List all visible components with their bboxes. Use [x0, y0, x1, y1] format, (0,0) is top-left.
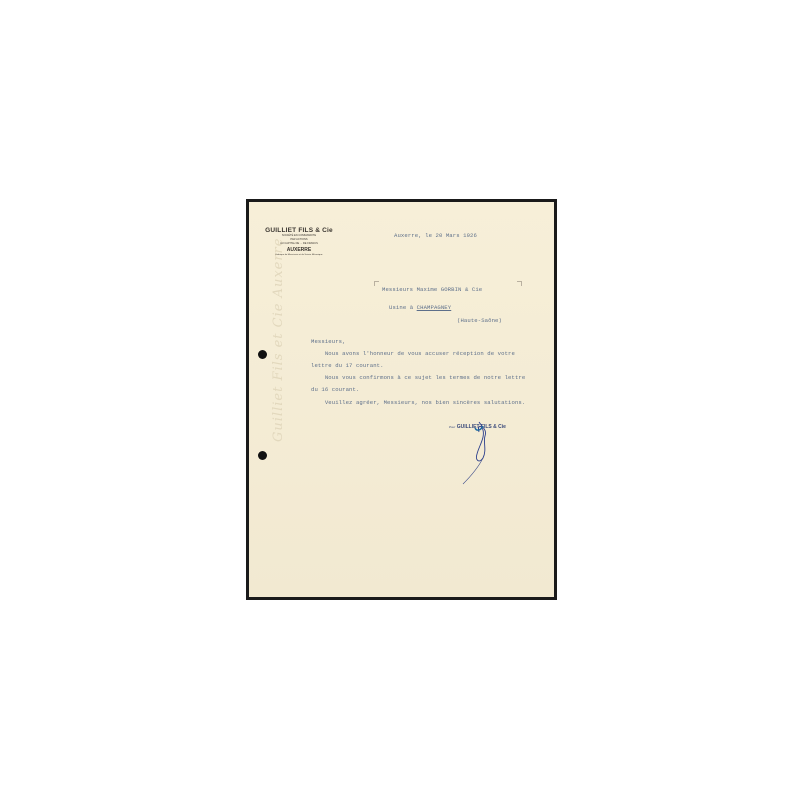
signature — [457, 420, 507, 490]
paragraph2-line1: Nous vous confirmons à ce sujet les term… — [311, 374, 525, 381]
closing-line: Veuillez agréer, Messieurs, nos bien sin… — [311, 399, 525, 406]
recipient-prefix: Usine à — [389, 304, 417, 311]
company-name: GUILLIET FILS & Cie — [259, 227, 339, 234]
letter-page: Guilliet Fils et Cie Auxerre GUILLIET FI… — [249, 202, 554, 597]
recipient-line3: (Haute-Saône) — [457, 317, 502, 324]
stamp-prefix: Pour — [449, 425, 455, 429]
letterhead-line3: AU CAPITAL DE ... DE FRANCS — [259, 242, 339, 246]
recipient-line1: Messieurs Maxime GORBIN & Cie — [382, 286, 482, 293]
letterhead-line4: Fabrique de Menuiserie et de Scierie Méc… — [259, 253, 339, 257]
address-bracket-left — [374, 281, 379, 286]
date-line: Auxerre, le 20 Mars 1926 — [394, 232, 477, 239]
salutation: Messieurs, — [311, 338, 346, 345]
recipient-line2: Usine à CHAMPAGNEY — [389, 304, 451, 311]
punch-hole-bottom — [258, 451, 267, 460]
recipient-place: CHAMPAGNEY — [417, 304, 452, 311]
letterhead: GUILLIET FILS & Cie SOCIÉTÉ EN COMMANDIT… — [259, 227, 339, 257]
watermark: Guilliet Fils et Cie Auxerre — [271, 238, 286, 442]
address-bracket-right — [517, 281, 522, 286]
paragraph1-line1: Nous avons l'honneur de vous accuser réc… — [311, 350, 515, 357]
paragraph1-line2: lettre du 17 courant. — [311, 362, 384, 369]
punch-hole-top — [258, 350, 267, 359]
paragraph2-line2: du 16 courant. — [311, 386, 359, 393]
